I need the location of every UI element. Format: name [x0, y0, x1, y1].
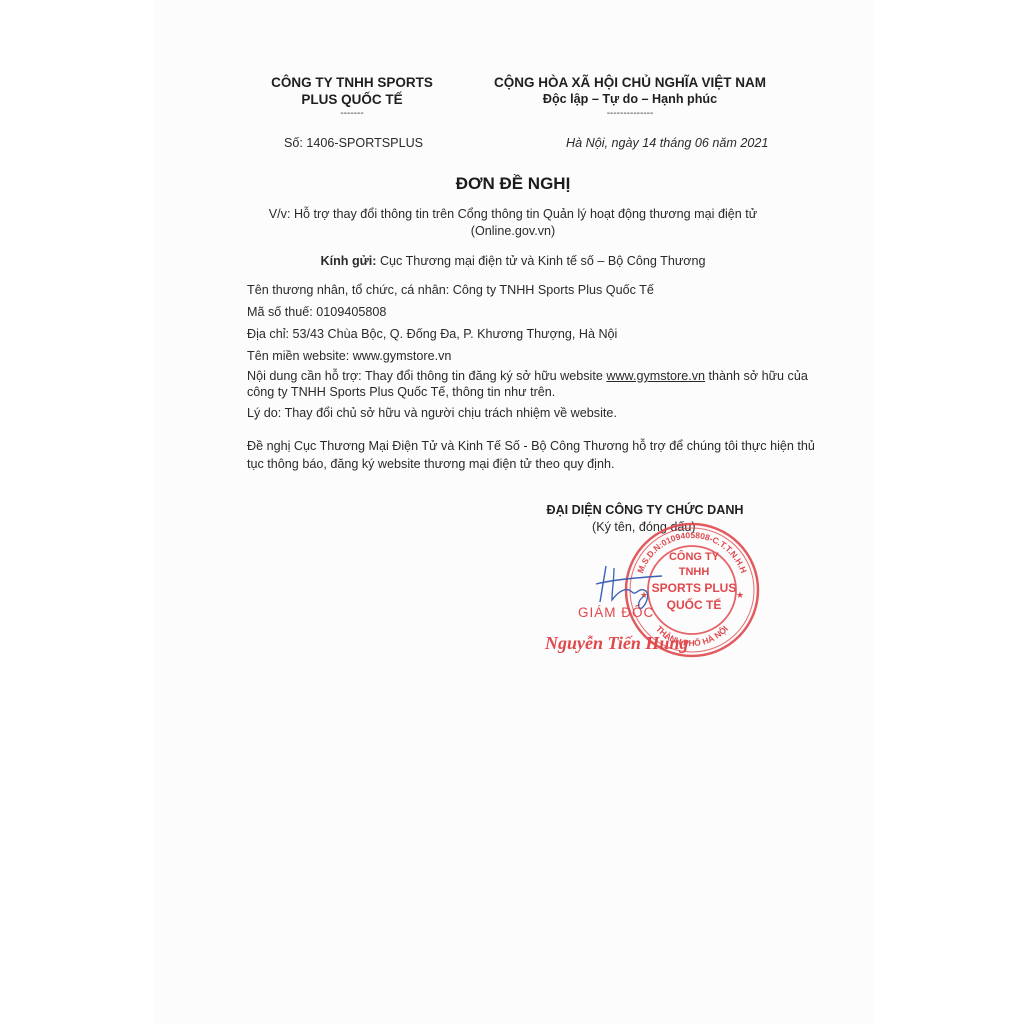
tax-code-field: Mã số thuế: 0109405808	[247, 305, 386, 319]
signer-name: Nguyễn Tiến Hùng	[545, 633, 688, 654]
left-separator: -------	[262, 108, 442, 119]
document-number: Số: 1406-SPORTSPLUS	[284, 136, 423, 150]
address-field: Địa chỉ: 53/43 Chùa Bộc, Q. Đống Đa, P. …	[247, 327, 617, 341]
support-suffix: thành sở hữu của	[705, 369, 808, 383]
place-and-date: Hà Nội, ngày 14 tháng 06 năm 2021	[566, 136, 768, 150]
svg-text:★: ★	[736, 590, 744, 600]
domain-field: Tên miền website: www.gymstore.vn	[247, 349, 451, 363]
reason-field: Lý do: Thay đổi chủ sở hữu và người chịu…	[247, 406, 617, 420]
support-content-line-1: Nội dung cần hỗ trợ: Thay đổi thông tin …	[247, 369, 808, 383]
svg-text:QUỐC TẾ: QUỐC TẾ	[667, 597, 722, 612]
svg-text:TNHH: TNHH	[679, 566, 710, 578]
request-line-1: Đề nghị Cục Thương Mại Điện Tử và Kinh T…	[247, 439, 815, 453]
signer-position: GIÁM ĐỐC	[578, 605, 654, 620]
subject-line-1: V/v: Hỗ trợ thay đổi thông tin trên Cổng…	[153, 207, 873, 221]
support-content-line-2: công ty TNHH Sports Plus Quốc Tế, thông …	[247, 385, 555, 399]
website-link[interactable]: www.gymstore.vn	[606, 369, 705, 383]
subject-line-2: (Online.gov.vn)	[153, 224, 873, 238]
merchant-name-field: Tên thương nhân, tổ chức, cá nhân: Công …	[247, 283, 654, 297]
recipient-line: Kính gửi: Cục Thương mại điện tử và Kinh…	[153, 254, 873, 268]
company-name-line2: PLUS QUỐC TẾ	[262, 92, 442, 107]
recipient-value: Cục Thương mại điện tử và Kinh tế số – B…	[376, 254, 705, 268]
svg-text:CÔNG TY: CÔNG TY	[669, 550, 720, 563]
support-prefix: Nội dung cần hỗ trợ: Thay đổi thông tin …	[247, 369, 606, 383]
right-separator: --------------	[480, 108, 780, 119]
request-line-2: tục thông báo, đăng ký website thương mạ…	[247, 457, 614, 471]
national-motto: Độc lập – Tự do – Hạnh phúc	[480, 92, 780, 106]
company-name-line1: CÔNG TY TNHH SPORTS	[262, 75, 442, 90]
signature-title: ĐẠI DIỆN CÔNG TY CHỨC DANH	[530, 503, 760, 517]
nation-name: CỘNG HÒA XÃ HỘI CHỦ NGHĨA VIỆT NAM	[480, 75, 780, 90]
document-title: ĐƠN ĐỀ NGHỊ	[153, 174, 873, 194]
document-page	[153, 0, 873, 1024]
recipient-label: Kính gửi:	[320, 254, 376, 268]
